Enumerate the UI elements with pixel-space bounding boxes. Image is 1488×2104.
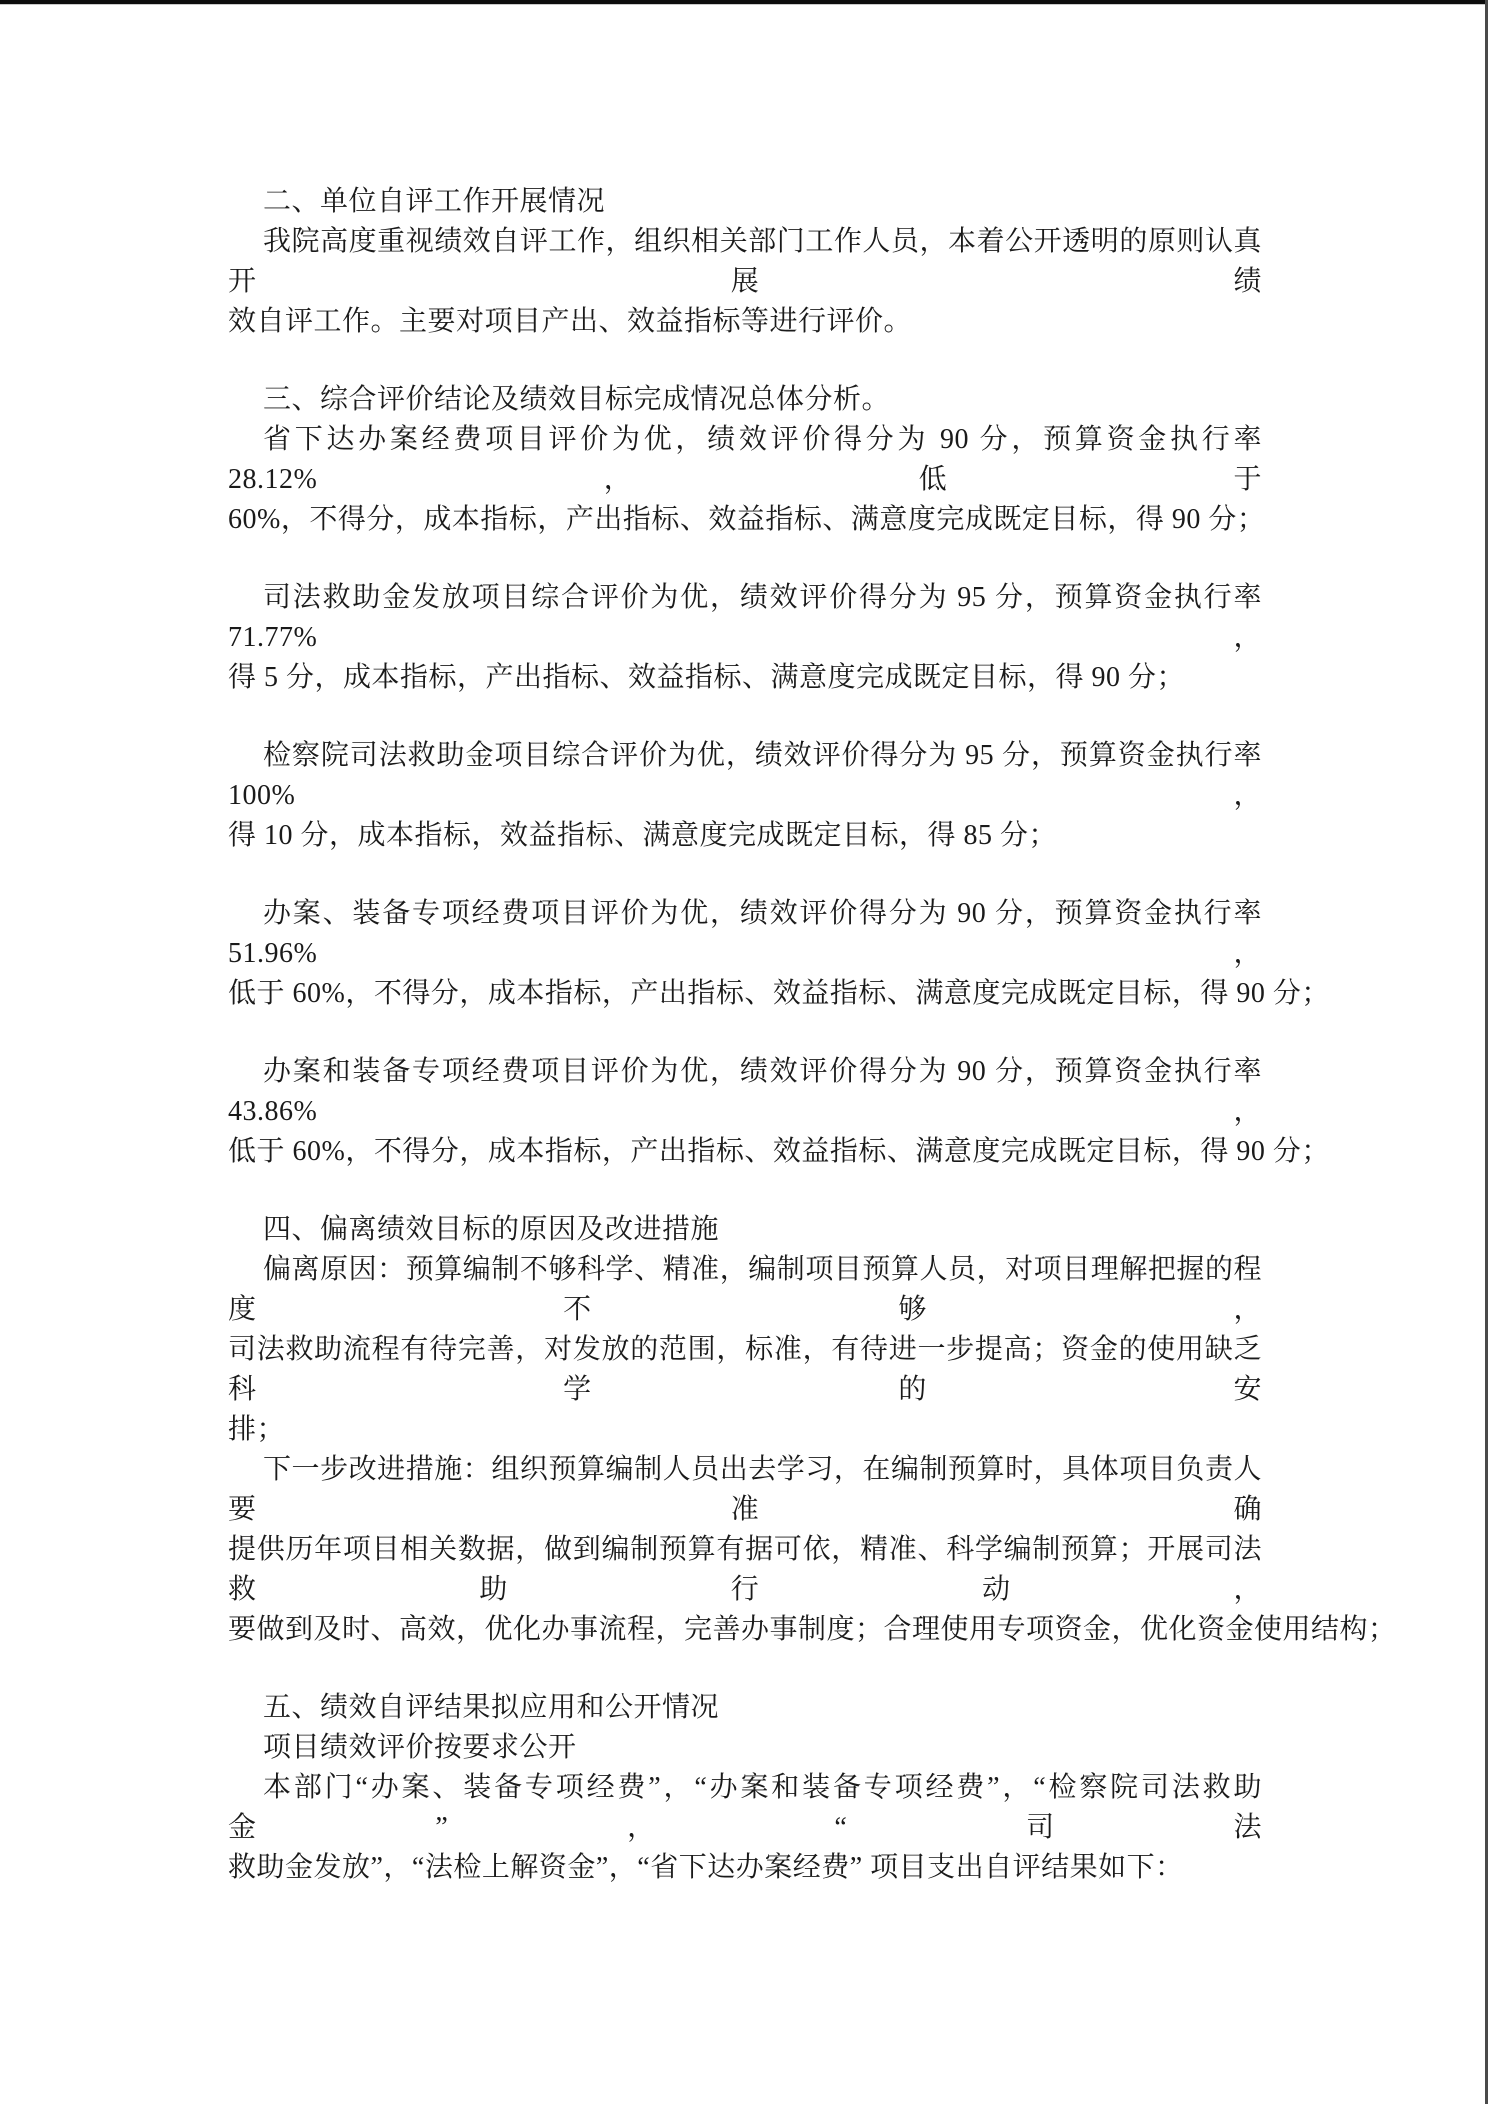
project-3-eval-line-2: 得 10 分，成本指标，效益指标、满意度完成既定目标，得 85 分； [228, 816, 1262, 856]
deviation-reason-line-1: 偏离原因：预算编制不够科学、精准，编制项目预算人员，对项目理解把握的程度不够， [228, 1250, 1262, 1330]
project-list-line-1: 本部门“办案、装备专项经费”，“办案和装备专项经费”，“检察院司法救助金”，“司… [228, 1768, 1262, 1848]
project-1-eval-line-2: 60%，不得分，成本指标，产出指标、效益指标、满意度完成既定目标，得 90 分； [228, 500, 1262, 540]
section-2-heading: 二、单位自评工作开展情况 [228, 182, 1262, 222]
project-5-eval-line-2: 低于 60%，不得分，成本指标，产出指标、效益指标、满意度完成既定目标，得 90… [228, 1132, 1262, 1172]
project-5-eval-line-1: 办案和装备专项经费项目评价为优，绩效评价得分为 90 分，预算资金执行率 43.… [228, 1052, 1262, 1132]
document-page: 二、单位自评工作开展情况 我院高度重视绩效自评工作，组织相关部门工作人员，本着公… [0, 0, 1488, 2104]
project-4-eval-line-1: 办案、装备专项经费项目评价为优，绩效评价得分为 90 分，预算资金执行率 51.… [228, 894, 1262, 974]
improvement-measures-line-2: 提供历年项目相关数据，做到编制预算有据可依，精准、科学编制预算；开展司法救助行动… [228, 1530, 1262, 1610]
section-2-para-line-2: 效自评工作。主要对项目产出、效益指标等进行评价。 [228, 302, 1262, 342]
project-list-line-2: 救助金发放”，“法检上解资金”，“省下达办案经费” 项目支出自评结果如下： [228, 1848, 1262, 1888]
deviation-reason-line-2: 司法救助流程有待完善，对发放的范围，标准，有待进一步提高；资金的使用缺乏科学的安 [228, 1330, 1262, 1410]
project-4-eval-line-2: 低于 60%，不得分，成本指标，产出指标、效益指标、满意度完成既定目标，得 90… [228, 974, 1262, 1014]
section-2-para-line-1: 我院高度重视绩效自评工作，组织相关部门工作人员，本着公开透明的原则认真开展绩 [228, 222, 1262, 302]
scan-top-edge-bar [0, 0, 1488, 5]
deviation-reason-line-3: 排； [228, 1410, 1262, 1450]
project-2-eval-line-2: 得 5 分，成本指标，产出指标、效益指标、满意度完成既定目标，得 90 分； [228, 658, 1262, 698]
project-3-eval-line-1: 检察院司法救助金项目综合评价为优，绩效评价得分为 95 分，预算资金执行率 10… [228, 736, 1262, 816]
report-text-block: 二、单位自评工作开展情况 我院高度重视绩效自评工作，组织相关部门工作人员，本着公… [228, 182, 1262, 1888]
section-3-heading: 三、综合评价结论及绩效目标完成情况总体分析。 [228, 380, 1262, 420]
section-5-heading: 五、绩效自评结果拟应用和公开情况 [228, 1688, 1262, 1728]
improvement-measures-line-1: 下一步改进措施：组织预算编制人员出去学习，在编制预算时，具体项目负责人要准确 [228, 1450, 1262, 1530]
improvement-measures-line-3: 要做到及时、高效，优化办事流程，完善办事制度；合理使用专项资金，优化资金使用结构… [228, 1610, 1262, 1650]
publication-statement: 项目绩效评价按要求公开 [228, 1728, 1262, 1768]
section-4-heading: 四、偏离绩效目标的原因及改进措施 [228, 1210, 1262, 1250]
project-2-eval-line-1: 司法救助金发放项目综合评价为优，绩效评价得分为 95 分，预算资金执行率 71.… [228, 578, 1262, 658]
project-1-eval-line-1: 省下达办案经费项目评价为优，绩效评价得分为 90 分，预算资金执行率 28.12… [228, 420, 1262, 500]
